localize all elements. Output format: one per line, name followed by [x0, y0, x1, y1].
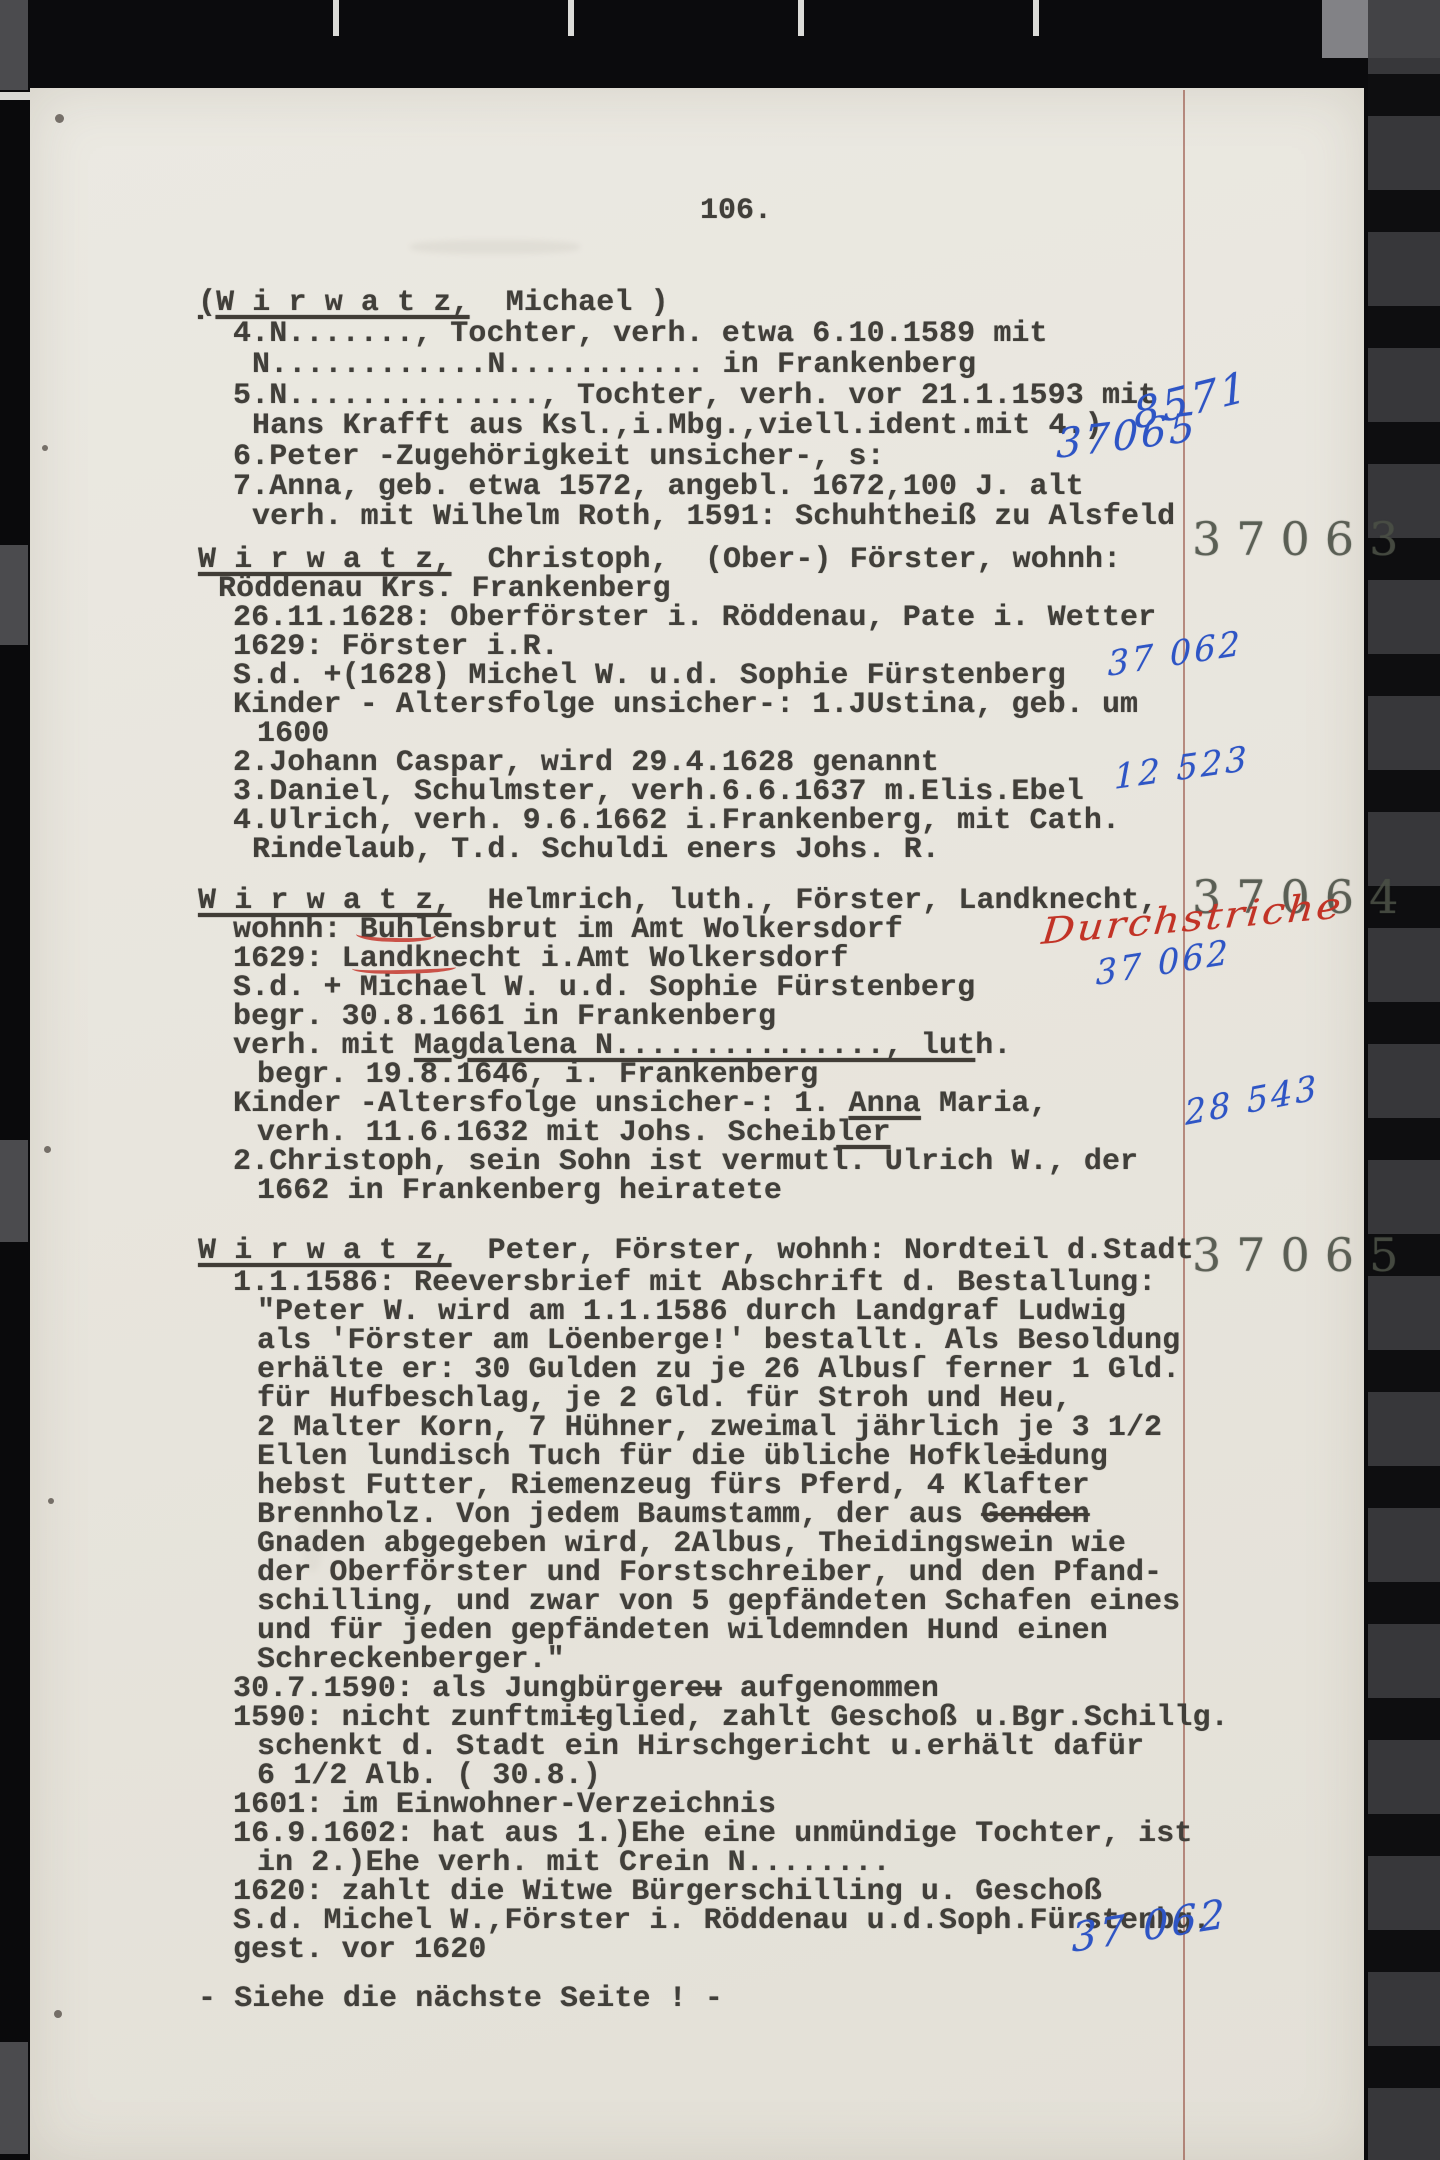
typed-line: 4.N......., Tochter, verh. etwa 6.10.158…: [233, 319, 1048, 349]
typed-line: in 2.)Ehe verh. mit Crein N........: [257, 1848, 891, 1878]
typed-line: schilling, und zwar von 5 gepfändeten Sc…: [257, 1587, 1180, 1617]
typed-line: W i r w a t z, Peter, Förster, wohnh: No…: [198, 1236, 1194, 1266]
typed-line: S.d. +(1628) Michel W. u.d. Sophie Fürst…: [233, 661, 1066, 691]
text: 6.Peter -Zugehörigkeit unsicher-, s:: [233, 440, 885, 474]
text: Hans Krafft aus Ksl.,i.Mbg.,viell.ident.…: [252, 409, 1103, 443]
typed-line: 7.Anna, geb. etwa 1572, angebl. 1672,100…: [233, 472, 1084, 502]
typed-line: N............N........... in Frankenberg: [252, 350, 976, 380]
typed-line: als 'Förster am Löenberge!' bestallt. Al…: [257, 1326, 1180, 1356]
typed-line: verh. 11.6.1632 mit Johs. Scheibler: [257, 1118, 891, 1148]
typed-line: verh. mit Magdalena N..............., lu…: [233, 1031, 1011, 1061]
typed-line: der Oberförster und Forstschreiber, und …: [257, 1558, 1162, 1588]
film-sprocket-hole: [0, 0, 28, 90]
typed-line: begr. 30.8.1661 in Frankenberg: [233, 1002, 776, 1032]
text: verh. mit Wilhelm Roth, 1591: Schuhtheiß…: [252, 500, 1175, 534]
typed-line: 5.N.............., Tochter, verh. vor 21…: [233, 381, 1156, 411]
typed-line: Rindelaub, T.d. Schuldi eners Johs. R.: [252, 835, 940, 865]
text: gest. vor 1620: [233, 1933, 486, 1967]
text: 7.Anna, geb. etwa 1572, angebl. 1672,100…: [233, 470, 1084, 504]
film-frame-tick: [333, 0, 339, 36]
typed-line: 1590: nicht zunftmitglied, zahlt Geschoß…: [233, 1703, 1229, 1733]
typed-line: 26.11.1628: Oberförster i. Röddenau, Pat…: [233, 603, 1156, 633]
typed-line: 6 1/2 Alb. ( 30.8.): [257, 1761, 601, 1791]
punch-hole: [54, 2010, 62, 2018]
text: 4.N......., Tochter, verh. etwa 6.10.158…: [233, 317, 1048, 351]
film-edge-mark: [0, 92, 30, 100]
underlined-text: (W i r w a t z,: [198, 286, 470, 320]
typed-line: und für jeden gepfändeten wildemnden Hun…: [257, 1616, 1108, 1646]
film-strip-right: [1368, 0, 1440, 2160]
page-number: 106.: [700, 196, 772, 226]
typed-line: 30.7.1590: als Jungbürgereu aufgenommen: [233, 1674, 939, 1704]
typed-line: schenkt d. Stadt ein Hirschgericht u.erh…: [257, 1732, 1144, 1762]
stamp-number: 37065: [1192, 1232, 1413, 1278]
film-sprocket-hole: [0, 2042, 28, 2154]
text: - Siehe die nächste Seite ! -: [198, 1982, 723, 2016]
film-sprocket-hole: [0, 1140, 28, 1242]
typed-line: 1600: [257, 719, 329, 749]
typed-line: 2.Johann Caspar, wird 29.4.1628 genannt: [233, 748, 939, 778]
underlined-text: W i r w a t z,: [198, 1234, 451, 1268]
typed-line: Brennholz. Von jedem Baumstamm, der aus …: [257, 1500, 1090, 1530]
typed-line: Hans Krafft aus Ksl.,i.Mbg.,viell.ident.…: [252, 411, 1103, 441]
punch-hole: [42, 445, 48, 451]
typed-line: für Hufbeschlag, je 2 Gld. für Stroh und…: [257, 1384, 1072, 1414]
text: Kinder - Altersfolge unsicher-: 1.JUstin…: [233, 688, 1138, 722]
text: 5.N.............., Tochter, verh. vor 21…: [233, 379, 1156, 413]
typed-line: 3.Daniel, Schulmster, verh.6.6.1637 m.El…: [233, 777, 1084, 807]
typed-line: hebst Futter, Riemenzeug fürs Pferd, 4 K…: [257, 1471, 1090, 1501]
scanned-document-page: { "page_number": "106.", "document_langu…: [0, 0, 1440, 2160]
typed-line: begr. 19.8.1646, i. Frankenberg: [257, 1060, 818, 1090]
typed-line: 1629: Förster i.R.: [233, 632, 559, 662]
typed-line: verh. mit Wilhelm Roth, 1591: Schuhtheiß…: [252, 502, 1175, 532]
typed-line: Gnaden abgegeben wird, 2Albus, Theidings…: [257, 1529, 1126, 1559]
typed-line: S.d. + Michael W. u.d. Sophie Fürstenber…: [233, 973, 975, 1003]
typed-line: 16.9.1602: hat aus 1.)Ehe eine unmündige…: [233, 1819, 1192, 1849]
text: N............N........... in Frankenberg: [252, 348, 976, 382]
typed-line: 1.1.1586: Reeversbrief mit Abschrift d. …: [233, 1268, 1156, 1298]
typed-line: Röddenau Krs. Frankenberg: [218, 574, 671, 604]
text: h.: [975, 1029, 1011, 1063]
typed-line: wohnh: Buhlensbrut im Amt Wolkersdorf: [233, 915, 903, 945]
text: Michael ): [470, 286, 669, 320]
text: Rindelaub, T.d. Schuldi eners Johs. R.: [252, 833, 940, 867]
punch-hole: [44, 1146, 51, 1153]
typed-line: 1620: zahlt die Witwe Bürgerschilling u.…: [233, 1877, 1102, 1907]
typed-line: Kinder - Altersfolge unsicher-: 1.JUstin…: [233, 690, 1138, 720]
stamp-number: 37063: [1192, 516, 1413, 562]
text: 1662 in Frankenberg heiratete: [257, 1174, 782, 1208]
typed-line: S.d. Michel W.,Förster i. Röddenau u.d.S…: [233, 1906, 1211, 1936]
scan-smudge: [410, 240, 580, 254]
film-frame-tick: [798, 0, 804, 36]
punch-hole: [55, 114, 64, 123]
typed-line: Ellen lundisch Tuch für die übliche Hofk…: [257, 1442, 1108, 1472]
typed-line: Schreckenberger.": [257, 1645, 565, 1675]
typed-line: erhälte er: 30 Gulden zu je 26 Albusſ fe…: [257, 1355, 1180, 1385]
typed-line: W i r w a t z, Christoph, (Ober-) Förste…: [198, 545, 1121, 575]
typed-line: "Peter W. wird am 1.1.1586 durch Landgra…: [257, 1297, 1126, 1327]
film-frame-tick: [1033, 0, 1039, 36]
typed-line: W i r w a t z, Helmrich, luth., Förster,…: [198, 886, 1157, 916]
typed-line: 1662 in Frankenberg heiratete: [257, 1176, 782, 1206]
typed-line: gest. vor 1620: [233, 1935, 486, 1965]
text: Maria,: [921, 1087, 1048, 1121]
typed-line: 1601: im Einwohner-Verzeichnis: [233, 1790, 776, 1820]
punch-hole: [48, 1498, 54, 1504]
typed-line: (W i r w a t z, Michael ): [198, 288, 669, 318]
film-frame-tick: [568, 0, 574, 36]
film-sprocket-hole: [0, 545, 28, 645]
typed-line: 6.Peter -Zugehörigkeit unsicher-, s:: [233, 442, 885, 472]
typed-line: - Siehe die nächste Seite ! -: [198, 1984, 723, 2014]
typed-line: Kinder -Altersfolge unsicher-: 1. Anna M…: [233, 1089, 1048, 1119]
typed-line: 1629: Landknecht i.Amt Wolkersdorf: [233, 944, 849, 974]
typed-line: 2.Christoph, sein Sohn ist vermutl. Ulri…: [233, 1147, 1138, 1177]
typed-line: 2 Malter Korn, 7 Hühner, zweimal jährlic…: [257, 1413, 1162, 1443]
film-strip-left: [0, 0, 30, 2160]
typed-line: 4.Ulrich, verh. 9.6.1662 i.Frankenberg, …: [233, 806, 1120, 836]
text: Peter, Förster, wohnh: Nordteil d.Stadt: [451, 1234, 1193, 1268]
